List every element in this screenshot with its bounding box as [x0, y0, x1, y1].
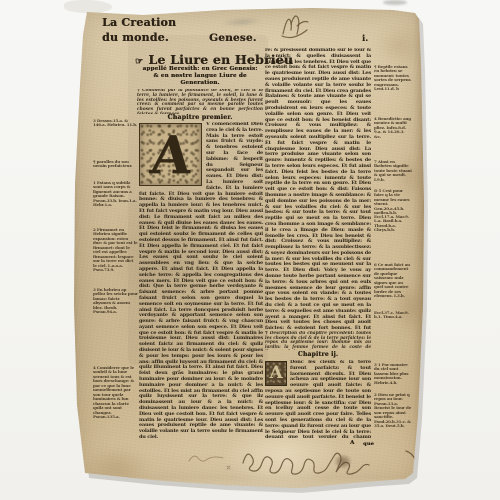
- chapter2-text: ADonc les cieulx & la terre furent parfa…: [265, 360, 371, 438]
- margin-note: ¶ parolles du sou uerain perfaicteur.: [93, 160, 138, 169]
- margin-note: 3 1 Par monstre du ciel sont lassem blez…: [374, 363, 412, 385]
- handwritten-inscription: [181, 441, 421, 475]
- ink-blot: [335, 455, 351, 468]
- folio-number: i.: [362, 33, 368, 43]
- chapter2-heading: Chapitre ij.: [265, 351, 371, 358]
- right-text-column: re: & presissent dominatiõ sur le iour &…: [265, 48, 371, 330]
- margin-note: 7 Ainsi en lhebrieu signifie toute beste…: [374, 160, 412, 182]
- chapter1-heading: Chapitre premier.: [135, 114, 265, 121]
- left-text-column: AV cõmencement Dieu crea le ciel & la te…: [139, 122, 263, 441]
- chapter2-argument: ¶ Description du chapitre precedent: tou…: [265, 331, 371, 350]
- backdrop-smudge: [383, 0, 407, 5]
- margin-note: 2 Firmamet en Hebrieu signifie expansion…: [93, 228, 138, 273]
- book-subtitle-line2: & en nostre langue Liure de: [135, 73, 265, 79]
- margin-note: Eccl.37.c. Mar.9. b.1. Timo.4.a.: [374, 311, 412, 320]
- margin-note: 2 Dieu ne print q repos au iour. Psean.1…: [374, 393, 412, 429]
- backdrop-paper-fragment: [64, 0, 112, 13]
- book-name-header: Genese.: [209, 32, 257, 44]
- chapter1-argument: ¶ Comment par la puissance de Dieu, le c…: [137, 89, 263, 114]
- initial-letter: A: [270, 370, 283, 376]
- decorated-initial-A-small: A: [265, 361, 287, 386]
- margin-note: 3 En hebrieu ap pellez les seichz pour l…: [93, 288, 138, 315]
- margin-note: 1 Estans q subtilz sont sans corps & lig…: [93, 181, 138, 208]
- margin-note: Eccl.17.a. Mar.9. L.a. Basil.b.a. Theod.…: [374, 215, 412, 233]
- decorated-initial-A: A: [139, 123, 202, 186]
- handwritten-mark: [277, 10, 313, 40]
- book-subtitle-line3: Generation.: [135, 80, 265, 86]
- pencil-smudge: [221, 17, 263, 28]
- photo-of-antique-leaf: La Creation du monde. Genese. i. ☞ Le Li…: [0, 0, 500, 500]
- margin-note: 4 Benedictio: aug mentez & multi pliez. …: [374, 117, 412, 139]
- running-title-line2: du monde.: [102, 31, 169, 44]
- book-subtitle-line1: appellé Beresith: en Grec Genesis:: [135, 66, 265, 72]
- margin-note: 6 Ce mot faict au commandement de quelqu…: [374, 263, 412, 299]
- margin-note: D 5 Cest pour faire q la vie mesme les e…: [374, 189, 412, 216]
- printed-page: La Creation du monde. Genese. i. ☞ Le Li…: [73, 5, 425, 491]
- margin-note: 4 Considerer que le souleil & la lune se…: [93, 366, 138, 419]
- initial-letter: A: [150, 153, 191, 159]
- margin-note: ¶ Reptile estans en hebrieu se mouuent: …: [374, 65, 412, 92]
- running-title-line1: La Creation: [102, 16, 176, 29]
- margin-note: 3 Dessus.15.a. & 146.a. Hebrieu. 11.b.: [93, 119, 138, 128]
